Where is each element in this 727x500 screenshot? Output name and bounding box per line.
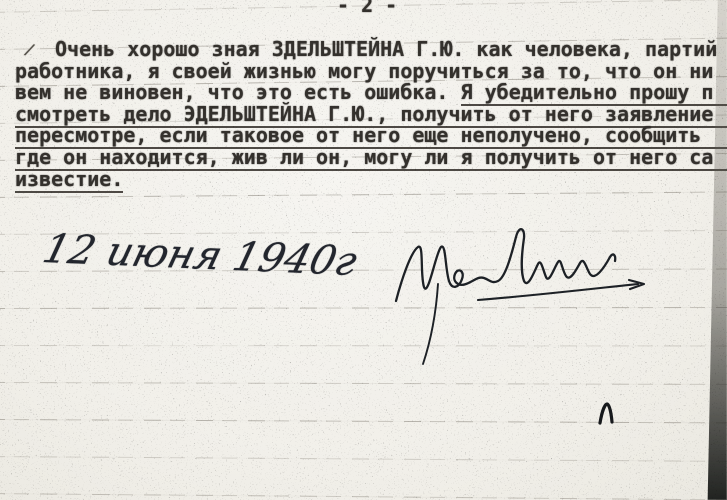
ruled-line (0, 345, 727, 346)
line-text: вем не виновен, что это есть ошибка. (15, 80, 461, 104)
paragraph-line-4: смотреть дело ЭДЕЛЬШТЕЙНА Г.Ю., получить… (15, 104, 727, 126)
paragraph-line-6: где он находится, жив ли он, могу ли я п… (15, 147, 727, 169)
ruled-line (0, 456, 727, 462)
ruled-line (0, 493, 727, 500)
paragraph-line-7: известие. (15, 169, 727, 191)
typewritten-paragraph: Очень хорошо зная ЗДЕЛЬШТЕЙНА Г.Ю. как ч… (15, 39, 727, 190)
line-text: Очень хорошо зная ЗДЕЛЬШТЕЙНА Г.Ю. как ч… (55, 37, 717, 61)
underlined-line-text: известие. (15, 167, 123, 193)
paragraph-line-3: вем не виновен, что это есть ошибка. Я у… (15, 82, 727, 104)
line-text: работника, я своей жизнью могу поручитьс… (15, 59, 713, 83)
paragraph-line-1: Очень хорошо зная ЗДЕЛЬШТЕЙНА Г.Ю. как ч… (15, 39, 727, 61)
scanned-document-page: - 2 - / Очень хорошо зная ЗДЕЛЬШТЕЙНА Г.… (0, 0, 727, 500)
paragraph-line-5: пересмотре, если таковое от него еще неп… (15, 125, 727, 147)
ruled-line (0, 419, 727, 423)
ruled-line (0, 382, 727, 385)
paragraph-line-2: работника, я своей жизнью могу поручитьс… (15, 61, 727, 83)
page-number: - 2 - (337, 0, 417, 17)
ruled-line (0, 307, 727, 309)
